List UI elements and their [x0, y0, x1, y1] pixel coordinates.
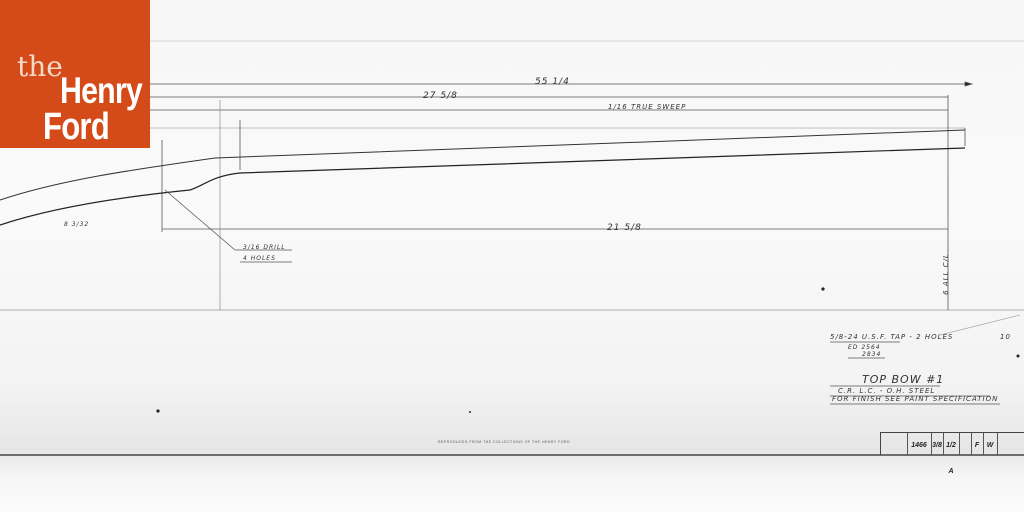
- ed-note-2: 2834: [862, 351, 881, 358]
- left-note: 8 3/32: [64, 221, 89, 228]
- finish-note: FOR FINISH SEE PAINT SPECIFICATION: [832, 395, 998, 403]
- drill-note-size: 3/16 DRILL: [243, 244, 286, 251]
- dimension-upper: 27 5/8: [423, 91, 458, 101]
- logo-text-the: the: [17, 50, 63, 83]
- part-title: TOP BOW #1: [862, 373, 944, 386]
- material-note: C.R. L.C. - O.H. STEEL: [838, 387, 935, 395]
- dimension-vertical: 6 ALL C/L: [942, 253, 950, 295]
- tap-note: 5/8-24 U.S.F. TAP - 2 HOLES: [830, 333, 953, 341]
- title-block-cell: [997, 433, 1024, 455]
- ed-note: ED 2564: [848, 344, 881, 351]
- title-block: 1466 3/8 1/2 A F W: [880, 432, 1024, 455]
- logo-text-ford: Ford: [43, 106, 109, 149]
- title-block-cell: W: [983, 433, 998, 455]
- reproduction-stamp: REPRODUCED FROM THE COLLECTIONS OF THE H…: [438, 440, 570, 444]
- blueprint-sheet: 55 1/4 27 5/8 1/16 TRUE SWEEP 21 5/8 6 A…: [0, 0, 1024, 512]
- title-block-cell: 1466: [907, 433, 932, 455]
- the-henry-ford-logo[interactable]: the Henry Ford: [0, 0, 150, 148]
- dimension-lower: 21 5/8: [607, 223, 642, 233]
- title-block-cell: [881, 433, 908, 455]
- drill-note-count: 4 HOLES: [243, 255, 276, 262]
- dimension-overall: 55 1/4: [535, 77, 570, 87]
- title-block-cell: 1/2 A: [943, 433, 960, 455]
- right-edge-note: 10: [1000, 333, 1011, 341]
- dimension-true-sweep: 1/16 TRUE SWEEP: [608, 103, 686, 111]
- technical-drawing: [0, 0, 1024, 512]
